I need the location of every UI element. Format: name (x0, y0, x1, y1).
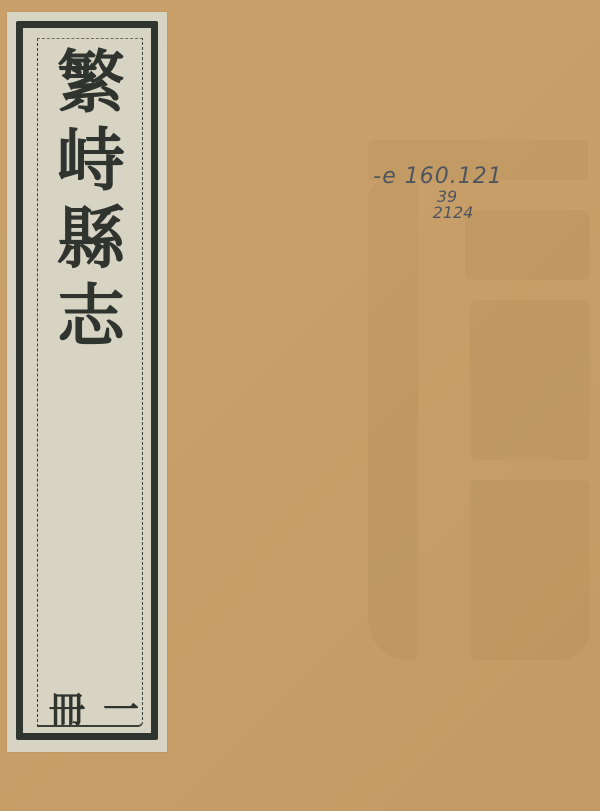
title-char: 峙 (57, 122, 125, 200)
volume-number: 冊 一 (49, 682, 139, 733)
background-watermark (470, 300, 590, 460)
call-number-line: 2124 (378, 205, 528, 221)
book-cover: 繁 峙 縣 志 冊 一 -e 160.121 39 2124 (0, 0, 600, 811)
book-title: 繁 峙 縣 志 (39, 44, 143, 356)
title-label: 繁 峙 縣 志 冊 一 (7, 12, 167, 752)
title-char: 繁 (57, 44, 125, 122)
volume-char: 一 (103, 682, 139, 733)
volume-char: 冊 (49, 682, 85, 733)
handwritten-call-number: -e 160.121 39 2124 (348, 164, 528, 221)
background-watermark (368, 180, 418, 660)
title-char: 志 (57, 278, 125, 356)
background-watermark (470, 480, 590, 660)
title-char: 縣 (57, 200, 125, 278)
call-number-line: -e 160.121 (348, 164, 528, 189)
